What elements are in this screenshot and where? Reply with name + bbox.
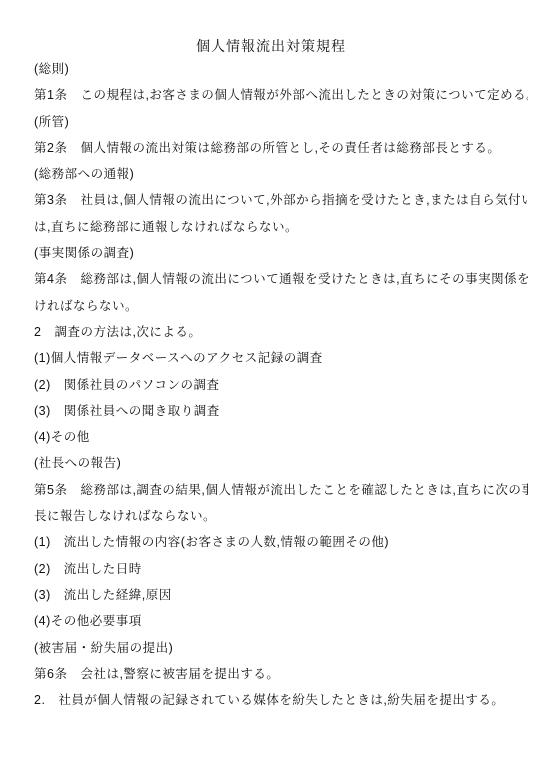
heading-report-to-general-affairs: (総務部への通報) xyxy=(34,161,528,187)
report-item-4: (4)その他必要事項 xyxy=(34,608,528,634)
article-5-line-2: 長に報告しなければならない。 xyxy=(34,503,528,529)
heading-report-to-president: (社長への報告) xyxy=(34,450,528,476)
investigation-item-1: (1)個人情報データベースへのアクセス記録の調査 xyxy=(34,345,528,371)
investigation-item-3: (3) 関係社員への聞き取り調査 xyxy=(34,398,528,424)
article-6-paragraph-2: 2. 社員が個人情報の記録されている媒体を紛失したときは,紛失届を提出する。 xyxy=(34,687,528,713)
report-item-1: (1) 流出した情報の内容(お客さまの人数,情報の範囲その他) xyxy=(34,529,528,555)
heading-fact-investigation: (事実関係の調査) xyxy=(34,240,528,266)
document-body: (総則) 第1条 この規程は,お客さまの個人情報が外部へ流出したときの対策につい… xyxy=(34,56,528,713)
investigation-item-2: (2) 関係社員のパソコンの調査 xyxy=(34,372,528,398)
article-1: 第1条 この規程は,お客さまの個人情報が外部へ流出したときの対策について定める。 xyxy=(34,82,528,108)
document-page: 個人情報流出対策規程 (総則) 第1条 この規程は,お客さまの個人情報が外部へ流… xyxy=(0,0,542,772)
article-4-paragraph-2: 2 調査の方法は,次による。 xyxy=(34,319,528,345)
article-2: 第2条 個人情報の流出対策は総務部の所管とし,その責任者は総務部長とする。 xyxy=(34,135,528,161)
article-3-line-2: は,直ちに総務部に通報しなければならない。 xyxy=(34,214,528,240)
heading-damage-loss-report: (被害届・紛失届の提出) xyxy=(34,635,528,661)
article-6: 第6条 会社は,警察に被害届を提出する。 xyxy=(34,661,528,687)
document-title: 個人情報流出対策規程 xyxy=(0,39,542,54)
report-item-2: (2) 流出した日時 xyxy=(34,556,528,582)
heading-general-provisions: (総則) xyxy=(34,56,528,82)
article-3-line-1: 第3条 社員は,個人情報の流出について,外部から指摘を受けたとき,または自ら気付… xyxy=(34,187,528,213)
investigation-item-4: (4)その他 xyxy=(34,424,528,450)
heading-jurisdiction: (所管) xyxy=(34,109,528,135)
report-item-3: (3) 流出した経緯,原因 xyxy=(34,582,528,608)
article-4-line-1: 第4条 総務部は,個人情報の流出について通報を受けたときは,直ちにその事実関係を… xyxy=(34,266,528,292)
article-5-line-1: 第5条 総務部は,調査の結果,個人情報が流出したことを確認したときは,直ちに次の… xyxy=(34,477,528,503)
article-4-line-2: ければならない。 xyxy=(34,293,528,319)
